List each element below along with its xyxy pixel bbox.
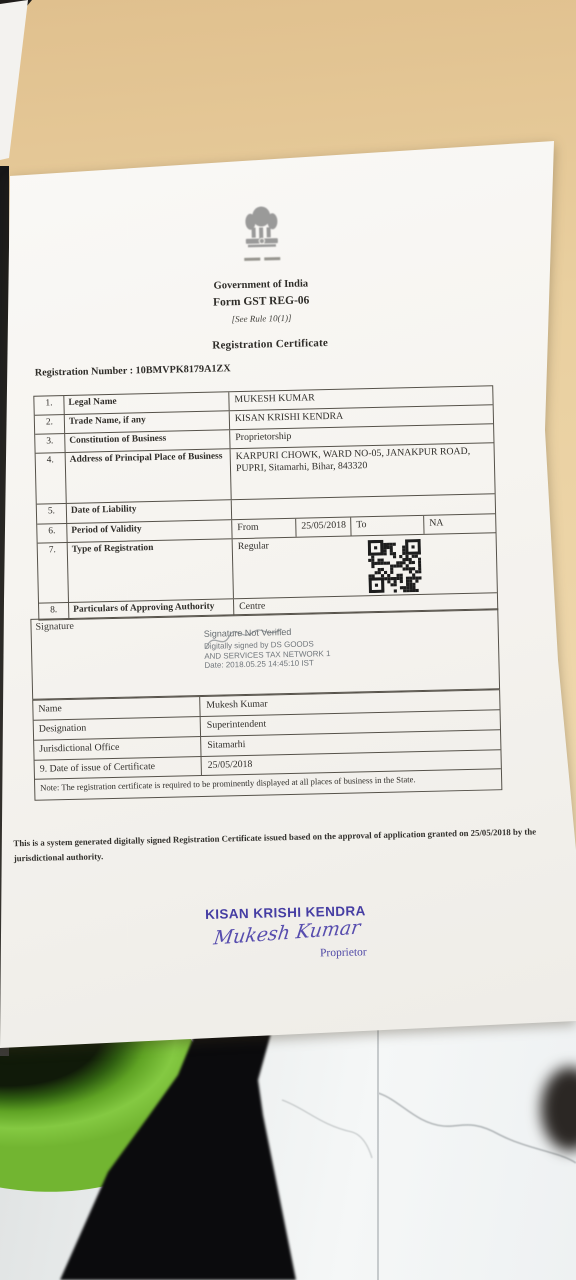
validity-from-label: From <box>232 519 296 538</box>
form-name-line: Form GST REG-06 <box>111 292 411 311</box>
row-number: 1. <box>34 396 64 415</box>
certificate-page: Government of India Form GST REG-06 [See… <box>0 0 576 1280</box>
registration-number-label: Registration Number : <box>35 365 134 378</box>
row-label: Jurisdictional Office <box>34 737 201 760</box>
row-label: Period of Validity <box>67 520 232 542</box>
row-number: 3. <box>35 434 65 453</box>
signature-not-verified-text: Signature Not Verified <box>204 626 330 639</box>
row-label: Legal Name <box>64 392 229 414</box>
validity-to-label: To <box>351 516 424 536</box>
proprietor-label: Proprietor <box>320 946 367 959</box>
row-value: Regular <box>233 533 497 598</box>
certificate-title: Registration Certificate <box>120 335 420 354</box>
row-label: Date of Liability <box>67 500 232 523</box>
row-label: 9. Date of issue of Certificate <box>35 757 202 779</box>
approving-authority-table: Name Mukesh Kumar Designation Superinten… <box>32 689 502 801</box>
row-number: 4. <box>36 453 67 504</box>
qr-code <box>368 539 422 593</box>
system-generated-statement: This is a system generated digitally sig… <box>13 824 560 865</box>
signature-label: Signature <box>35 621 74 633</box>
row-number: 2. <box>35 415 65 434</box>
signature-date-line: Date: 2018.05.25 14:45:10 IST <box>204 658 330 670</box>
government-of-india-line: Government of India <box>111 276 411 294</box>
row-label: Name <box>33 697 200 720</box>
row-label: Type of Registration <box>68 539 234 602</box>
rule-reference-line: [See Rule 10(1)] <box>112 310 412 327</box>
registration-type-value: Regular <box>238 540 269 552</box>
india-emblem-icon <box>241 204 282 257</box>
registration-number-value: 10BMVPK8179A1ZX <box>135 363 230 376</box>
row-number: 5. <box>37 504 67 524</box>
row-label: Constitution of Business <box>65 430 230 452</box>
emblem-motto <box>244 257 280 261</box>
registration-details-table: 1. Legal Name MUKESH KUMAR 2. Trade Name… <box>33 385 498 620</box>
digital-signature-block: Signature Not Verified Digitally signed … <box>204 626 331 670</box>
validity-from-value: 25/05/2018 <box>296 518 351 537</box>
row-value: KARPURI CHOWK, WARD NO-05, JANAKPUR ROAD… <box>231 443 495 499</box>
validity-to-value: NA <box>424 514 495 534</box>
signature-section: Signature Signature Not Verified Digital… <box>30 608 500 700</box>
row-label: Designation <box>34 717 201 740</box>
row-label: Trade Name, if any <box>65 411 230 433</box>
table-row: 7. Type of Registration Regular <box>38 533 497 603</box>
photo-of-gst-certificate: Government of India Form GST REG-06 [See… <box>0 0 576 1280</box>
registration-number-line: Registration Number : 10BMVPK8179A1ZX <box>35 363 231 378</box>
row-label: Address of Principal Place of Business <box>66 449 232 503</box>
row-number: 6. <box>37 524 67 543</box>
row-number: 7. <box>38 543 69 603</box>
